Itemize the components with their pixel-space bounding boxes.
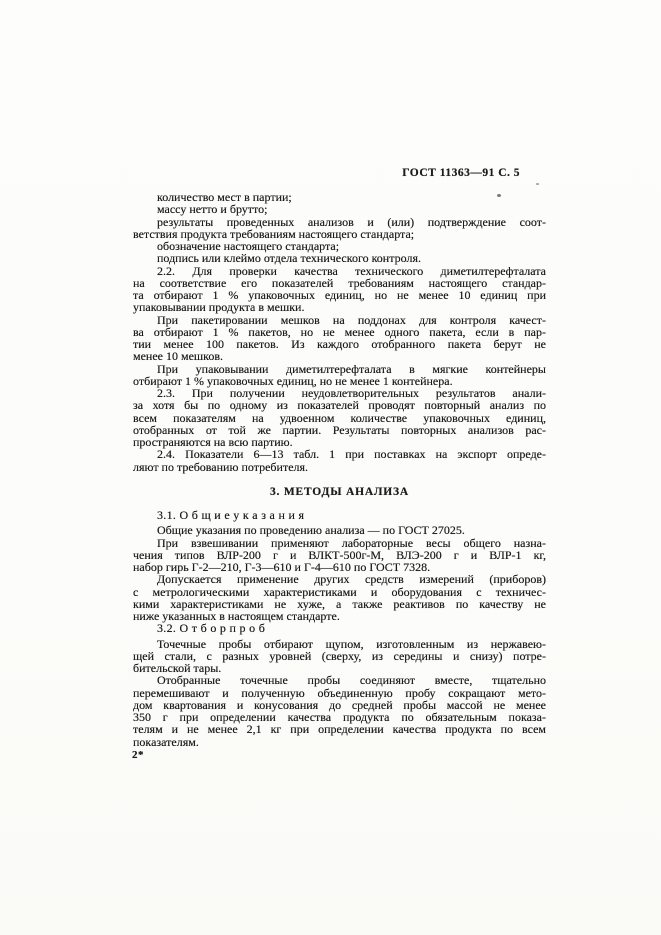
paragraph: результаты проведенных анализов и (или) … <box>133 216 546 241</box>
paragraph: Допускается применение других средств из… <box>133 573 546 622</box>
paragraph: При упаковывании диметилтерефталата в мя… <box>133 363 546 388</box>
paragraph: 2.2. Для проверки качества технического … <box>133 265 546 314</box>
text-line: Отобранные точечные пробы соединяют вмес… <box>133 674 546 686</box>
paragraph: Точечные пробы отбирают щупом, изготовле… <box>133 638 546 675</box>
document-body: количество мест в партии;массу нетто и б… <box>133 191 546 748</box>
text-line: Точечные пробы отбирают щупом, изготовле… <box>133 638 546 650</box>
text-line: 3.2. О т б о р п р о б <box>133 622 546 634</box>
footnote-mark: 2* <box>132 749 144 761</box>
section-heading: 3. МЕТОДЫ АНАЛИЗА <box>133 486 546 498</box>
text-line: перемешивают и полученную объединенную п… <box>133 687 546 699</box>
page-header: ГОСТ 11363—91 С. 5 <box>133 167 546 179</box>
text-line: всем показателям на удвоенном количестве… <box>133 412 546 424</box>
paragraph: При взвешивании применяют лабораторные в… <box>133 537 546 574</box>
text-line: 2.4. Показатели 6—13 табл. 1 при поставк… <box>133 448 546 460</box>
text-line: Допускается применение других средств из… <box>133 573 546 585</box>
text-line: показателям. <box>133 736 546 748</box>
text-line: При пакетировании мешков на поддонах для… <box>133 314 546 326</box>
text-line: за хотя бы по одному из показателей пров… <box>133 399 546 411</box>
text-line: Общие указания по проведению анализа — п… <box>133 524 546 536</box>
subsection-heading: 3.2. О т б о р п р о б <box>133 622 546 634</box>
paragraph: Общие указания по проведению анализа — п… <box>133 524 546 536</box>
text-line: телям и не менее 2,1 кг при определении … <box>133 723 546 735</box>
text-line: При упаковывании диметилтерефталата в мя… <box>133 363 546 375</box>
text-line: 3.1. О б щ и е у к а з а н и я <box>133 509 546 521</box>
paragraph: подпись или клеймо отдела технического к… <box>133 252 546 264</box>
scan-speck <box>536 183 539 185</box>
text-line: При взвешивании применяют лабораторные в… <box>133 537 546 549</box>
text-line: подпись или клеймо отдела технического к… <box>133 252 546 264</box>
scanned-document-page: ГОСТ 11363—91 С. 5 количество мест в пар… <box>0 0 661 935</box>
paragraph: 2.3. При получении неудовлетворительных … <box>133 387 546 448</box>
paragraph: 2.4. Показатели 6—13 табл. 1 при поставк… <box>133 448 546 473</box>
paragraph: При пакетировании мешков на поддонах для… <box>133 314 546 363</box>
text-line: с метрологическими характеристиками и об… <box>133 586 546 598</box>
text-line: результаты проведенных анализов и (или) … <box>133 216 546 228</box>
paragraph: Отобранные точечные пробы соединяют вмес… <box>133 674 546 748</box>
text-line: упаковывании продукта в мешки. <box>133 301 546 313</box>
text-line: 2.2. Для проверки качества технического … <box>133 265 546 277</box>
subsection-heading: 3.1. О б щ и е у к а з а н и я <box>133 509 546 521</box>
scan-speck <box>497 194 501 197</box>
text-line: массу нетто и брутто; <box>133 203 546 215</box>
text-line: менее 10 мешков. <box>133 350 546 362</box>
paragraph: массу нетто и брутто; <box>133 203 546 215</box>
text-line: ляют по требованию потребителя. <box>133 461 546 473</box>
